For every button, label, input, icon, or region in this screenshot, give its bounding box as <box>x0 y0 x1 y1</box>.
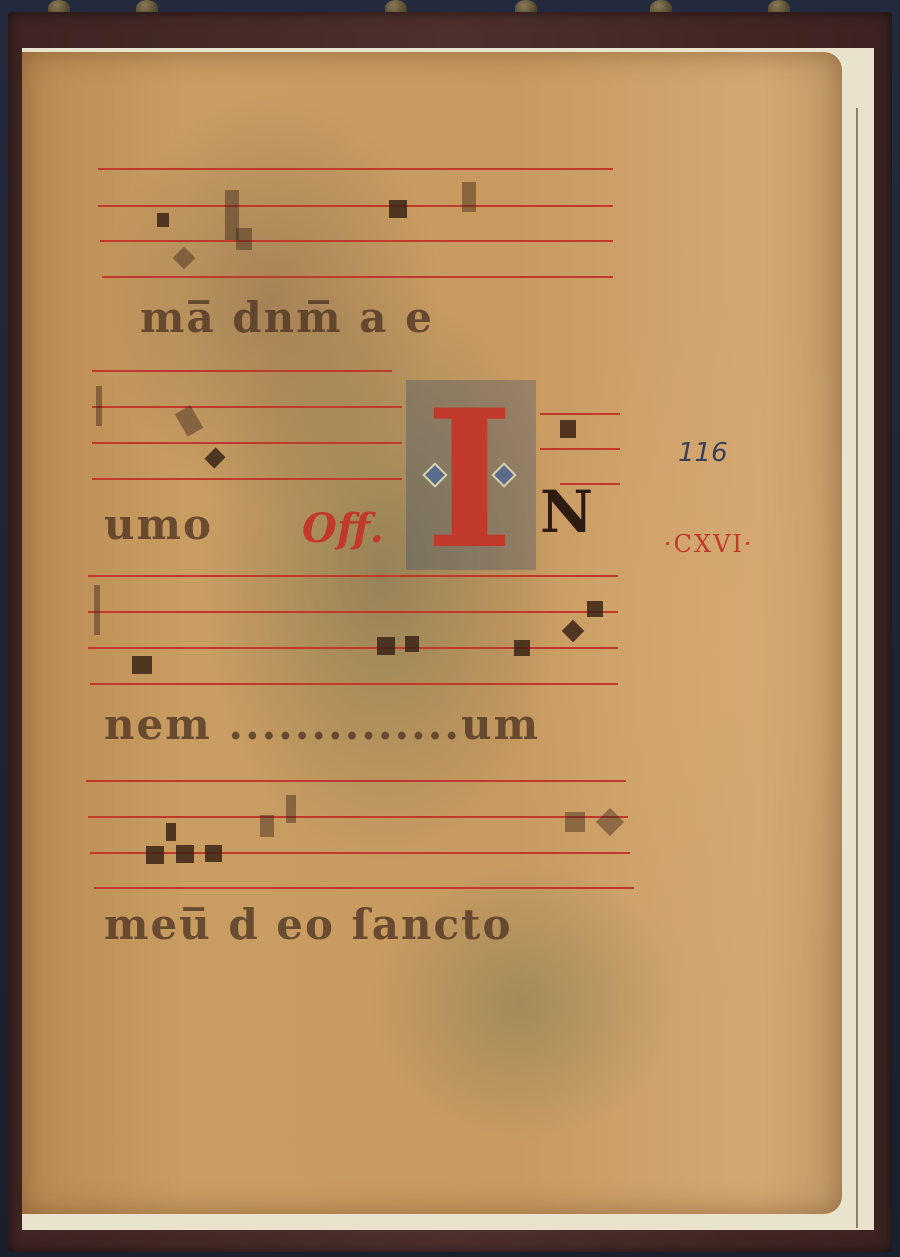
leather-frame <box>8 12 892 1252</box>
page-edge <box>848 108 858 1228</box>
folio-number-roman: ·CXVI· <box>664 530 754 558</box>
folio-number-pencil: 116 <box>678 438 728 468</box>
offertory-rubric: Off. <box>302 505 384 552</box>
capital-letter: N <box>540 478 593 546</box>
text-line-1: ma̅ dnm̅ a e <box>140 293 434 342</box>
text-line-4: meu̅ d eo ſancto <box>104 900 512 949</box>
text-line-2: umo <box>104 500 213 549</box>
parchment-leaf <box>22 52 842 1214</box>
text-line-3: nem ..............um <box>104 700 540 749</box>
